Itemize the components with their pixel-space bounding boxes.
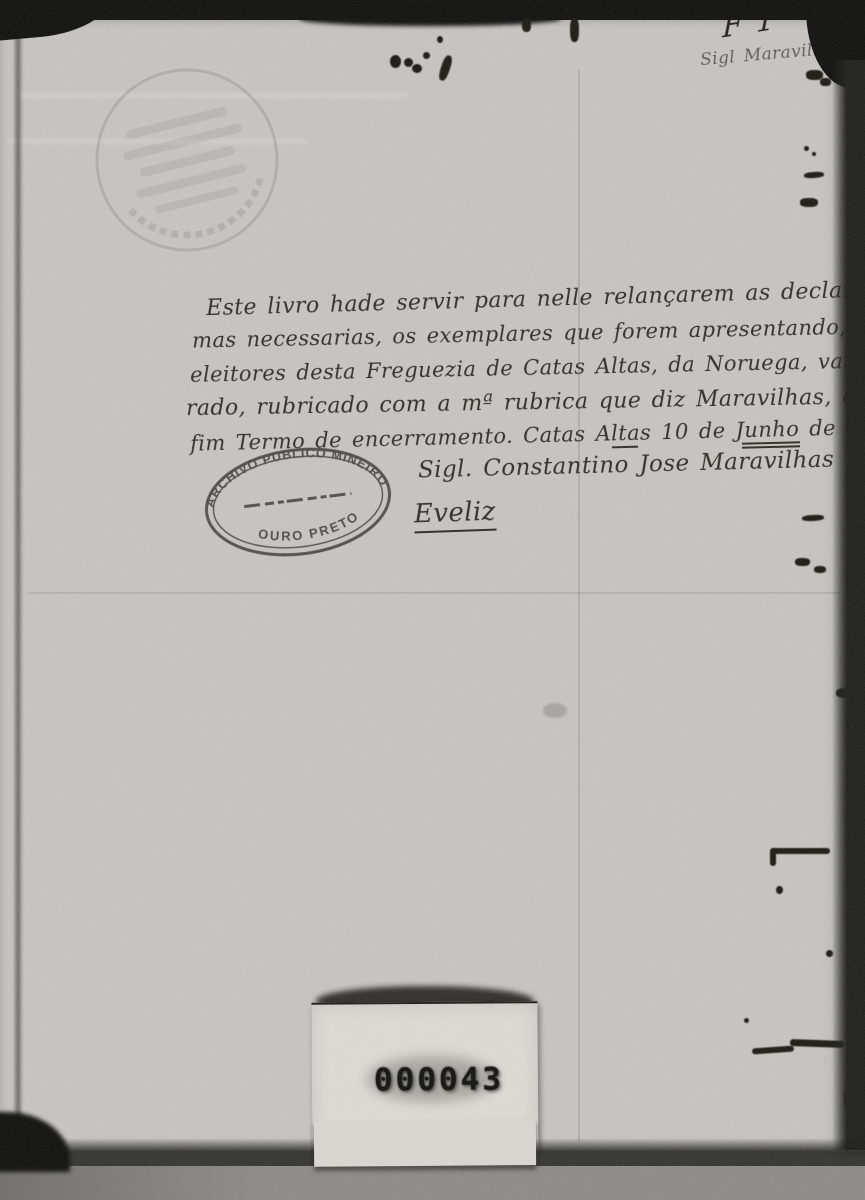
ink-blot <box>795 558 810 566</box>
reference-number: 000043 <box>374 1061 504 1098</box>
oval-stamp-divider <box>244 493 351 506</box>
ink-blot <box>423 52 430 59</box>
ink-dot <box>744 1018 749 1023</box>
scanner-background <box>0 1166 865 1200</box>
paper-crease <box>578 70 580 1142</box>
top-edge-shadow <box>300 12 560 26</box>
ink-stroke <box>772 848 830 854</box>
ink-stroke <box>770 848 776 866</box>
ink-blot <box>820 78 831 86</box>
ink-blot <box>412 64 422 73</box>
reference-card-lower <box>314 1119 536 1167</box>
scanned-manuscript-page: F 1 Sigl Maravilhas Este livro hade serv… <box>0 0 865 1200</box>
oval-archive-stamp: ARCHIVO PUBLICO MINEIRO OURO PRETO <box>185 424 412 581</box>
ink-drip <box>570 18 579 42</box>
paper-crease <box>28 592 840 594</box>
right-page-edge <box>832 60 865 1150</box>
faint-round-stamp <box>82 55 292 265</box>
paper-smudge <box>543 703 567 718</box>
ink-blot <box>814 566 826 573</box>
ink-blot <box>390 55 401 68</box>
ink-dot <box>804 146 809 151</box>
ink-dot <box>812 152 816 156</box>
rubric-signature: Eveliz <box>413 497 496 534</box>
ink-dot <box>776 886 783 894</box>
ink-blot <box>800 198 818 207</box>
ink-blot <box>437 36 443 43</box>
binding-fold <box>13 34 23 1152</box>
ink-drip <box>522 18 531 32</box>
